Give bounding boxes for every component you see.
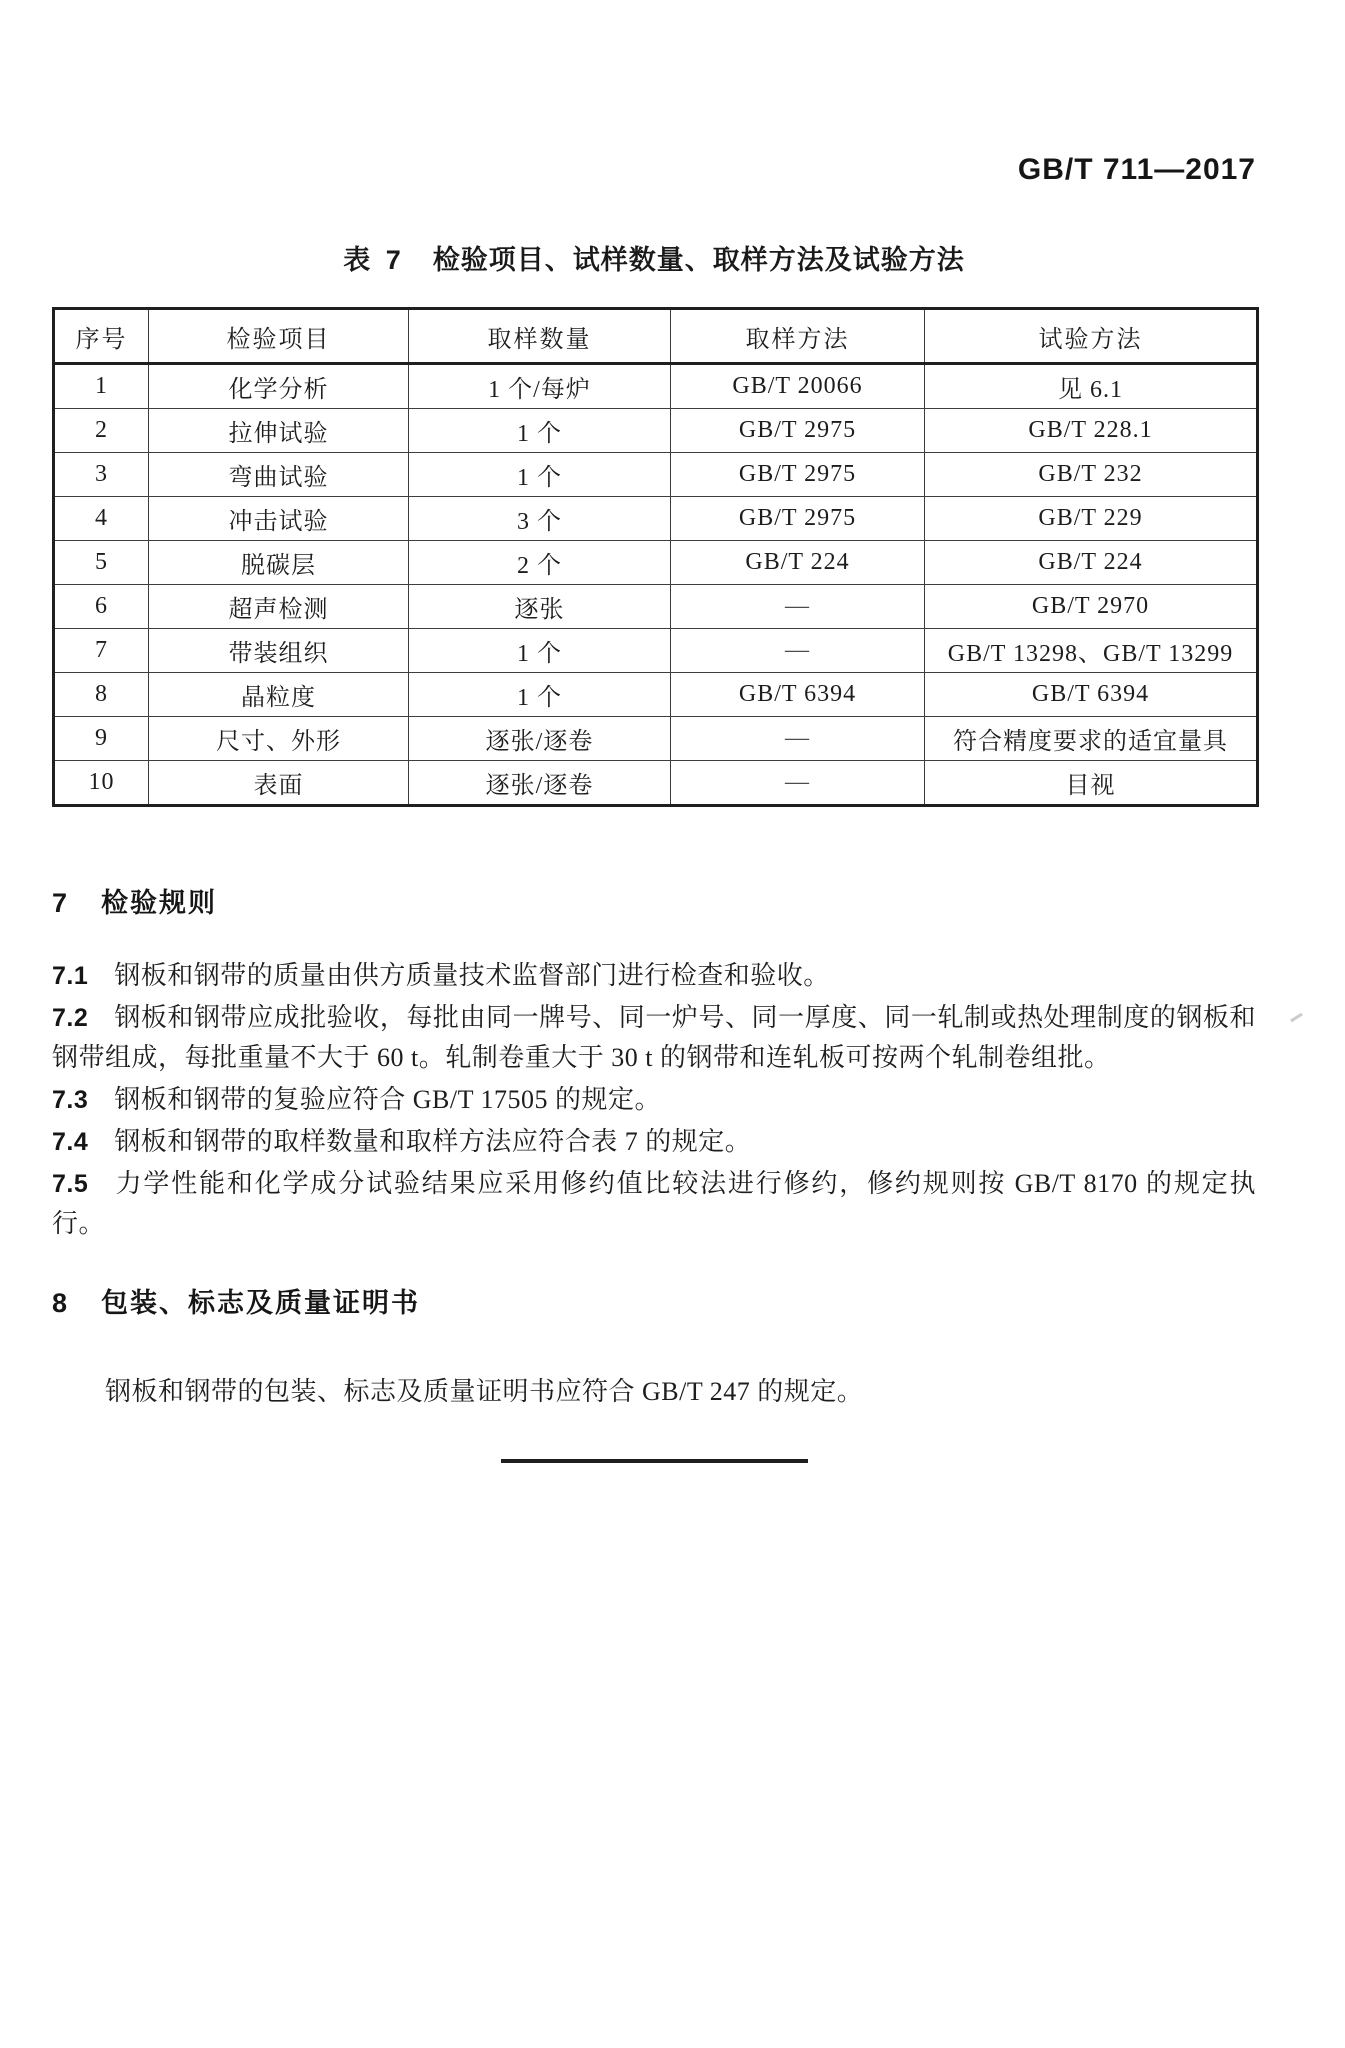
table-cell: 见 6.1 xyxy=(925,364,1258,409)
table-caption: 表 7检验项目、试样数量、取样方法及试验方法 xyxy=(52,244,1256,277)
table-cell: 脱碳层 xyxy=(149,541,409,585)
table-caption-title: 检验项目、试样数量、取样方法及试验方法 xyxy=(433,245,965,275)
clause-number: 7.4 xyxy=(52,1128,88,1156)
table-row: 1化学分析1 个/每炉GB/T 20066见 6.1 xyxy=(54,364,1258,409)
table-row: 3弯曲试验1 个GB/T 2975GB/T 232 xyxy=(54,453,1258,497)
clause-list: 7.1钢板和钢带的质量由供方质量技术监督部门进行检查和验收。7.2钢板和钢带应成… xyxy=(52,956,1256,1244)
table-cell: GB/T 224 xyxy=(671,541,925,585)
section-7-title: 检验规则 xyxy=(101,888,217,918)
table-header-cell: 试验方法 xyxy=(925,309,1258,364)
table-cell: 尺寸、外形 xyxy=(149,717,409,761)
section-7-heading: 7检验规则 xyxy=(52,887,1256,920)
table-cell: 表面 xyxy=(149,761,409,806)
clause: 7.2钢板和钢带应成批验收，每批由同一牌号、同一炉号、同一厚度、同一轧制或热处理… xyxy=(52,998,1256,1078)
clause: 7.1钢板和钢带的质量由供方质量技术监督部门进行检查和验收。 xyxy=(52,956,1256,996)
clause: 7.3钢板和钢带的复验应符合 GB/T 17505 的规定。 xyxy=(52,1080,1256,1120)
table-cell: GB/T 6394 xyxy=(925,673,1258,717)
table-cell: 3 个 xyxy=(409,497,671,541)
clause: 7.4钢板和钢带的取样数量和取样方法应符合表 7 的规定。 xyxy=(52,1122,1256,1162)
table-cell: GB/T 20066 xyxy=(671,364,925,409)
document-page: GB/T 711—2017 表 7检验项目、试样数量、取样方法及试验方法 序号检… xyxy=(0,0,1345,2048)
table-row: 4冲击试验3 个GB/T 2975GB/T 229 xyxy=(54,497,1258,541)
table-body: 1化学分析1 个/每炉GB/T 20066见 6.12拉伸试验1 个GB/T 2… xyxy=(54,364,1258,806)
end-of-document-rule xyxy=(501,1459,808,1463)
section-8-title: 包装、标志及质量证明书 xyxy=(101,1288,420,1318)
table-cell: 2 xyxy=(54,409,149,453)
inspection-methods-table: 序号检验项目取样数量取样方法试验方法 1化学分析1 个/每炉GB/T 20066… xyxy=(52,307,1259,807)
clause-number: 7.2 xyxy=(52,1004,88,1032)
table-cell: GB/T 232 xyxy=(925,453,1258,497)
scan-artifact xyxy=(1290,1013,1303,1022)
table-cell: 逐张/逐卷 xyxy=(409,717,671,761)
clause-text: 钢板和钢带的取样数量和取样方法应符合表 7 的规定。 xyxy=(114,1127,751,1156)
table-row: 9尺寸、外形逐张/逐卷—符合精度要求的适宜量具 xyxy=(54,717,1258,761)
section-8-paragraph: 钢板和钢带的包装、标志及质量证明书应符合 GB/T 247 的规定。 xyxy=(52,1372,1256,1412)
table-cell: GB/T 2975 xyxy=(671,453,925,497)
table-row: 7带装组织1 个—GB/T 13298、GB/T 13299 xyxy=(54,629,1258,673)
clause-text: 钢板和钢带的复验应符合 GB/T 17505 的规定。 xyxy=(114,1085,661,1114)
table-cell: 5 xyxy=(54,541,149,585)
table-cell: GB/T 224 xyxy=(925,541,1258,585)
table-cell: 6 xyxy=(54,585,149,629)
table-cell: 4 xyxy=(54,497,149,541)
table-cell: 化学分析 xyxy=(149,364,409,409)
table-cell: — xyxy=(671,629,925,673)
table-cell: — xyxy=(671,585,925,629)
clause-text: 力学性能和化学成分试验结果应采用修约值比较法进行修约，修约规则按 GB/T 81… xyxy=(52,1169,1256,1238)
clause-number: 7.3 xyxy=(52,1086,88,1114)
table-row: 10表面逐张/逐卷—目视 xyxy=(54,761,1258,806)
table-cell: 3 xyxy=(54,453,149,497)
clause-number: 7.1 xyxy=(52,962,88,990)
table-row: 6超声检测逐张—GB/T 2970 xyxy=(54,585,1258,629)
table-cell: 7 xyxy=(54,629,149,673)
table-cell: GB/T 2975 xyxy=(671,409,925,453)
table-cell: 1 xyxy=(54,364,149,409)
table-cell: 晶粒度 xyxy=(149,673,409,717)
table-cell: 拉伸试验 xyxy=(149,409,409,453)
standard-reference: GB/T 711—2017 xyxy=(52,152,1256,188)
table-cell: 1 个 xyxy=(409,409,671,453)
table-row: 2拉伸试验1 个GB/T 2975GB/T 228.1 xyxy=(54,409,1258,453)
section-8-heading: 8包装、标志及质量证明书 xyxy=(52,1287,1256,1320)
table-header-row: 序号检验项目取样数量取样方法试验方法 xyxy=(54,309,1258,364)
table-cell: — xyxy=(671,761,925,806)
clause: 7.5力学性能和化学成分试验结果应采用修约值比较法进行修约，修约规则按 GB/T… xyxy=(52,1164,1256,1244)
table-cell: 超声检测 xyxy=(149,585,409,629)
table-header-cell: 取样方法 xyxy=(671,309,925,364)
table-cell: 1 个 xyxy=(409,629,671,673)
table-row: 8晶粒度1 个GB/T 6394GB/T 6394 xyxy=(54,673,1258,717)
table-header-cell: 序号 xyxy=(54,309,149,364)
table-cell: 目视 xyxy=(925,761,1258,806)
table-cell: GB/T 2975 xyxy=(671,497,925,541)
table-cell: GB/T 2970 xyxy=(925,585,1258,629)
table-cell: 逐张/逐卷 xyxy=(409,761,671,806)
clause-text: 钢板和钢带的质量由供方质量技术监督部门进行检查和验收。 xyxy=(114,961,830,990)
table-cell: 弯曲试验 xyxy=(149,453,409,497)
table-header-cell: 取样数量 xyxy=(409,309,671,364)
table-cell: 1 个 xyxy=(409,673,671,717)
table-row: 5脱碳层2 个GB/T 224GB/T 224 xyxy=(54,541,1258,585)
table-cell: — xyxy=(671,717,925,761)
table-cell: 带装组织 xyxy=(149,629,409,673)
table-header-cell: 检验项目 xyxy=(149,309,409,364)
table-cell: 冲击试验 xyxy=(149,497,409,541)
section-8-number: 8 xyxy=(52,1287,67,1320)
section-7-number: 7 xyxy=(52,887,67,920)
table-cell: GB/T 6394 xyxy=(671,673,925,717)
table-cell: GB/T 228.1 xyxy=(925,409,1258,453)
table-cell: 1 个/每炉 xyxy=(409,364,671,409)
table-cell: GB/T 13298、GB/T 13299 xyxy=(925,629,1258,673)
table-cell: GB/T 229 xyxy=(925,497,1258,541)
clause-number: 7.5 xyxy=(52,1170,88,1198)
table-caption-label: 表 7 xyxy=(343,245,405,275)
table-cell: 逐张 xyxy=(409,585,671,629)
table-cell: 10 xyxy=(54,761,149,806)
table-cell: 8 xyxy=(54,673,149,717)
table-cell: 9 xyxy=(54,717,149,761)
table-cell: 符合精度要求的适宜量具 xyxy=(925,717,1258,761)
clause-text: 钢板和钢带应成批验收，每批由同一牌号、同一炉号、同一厚度、同一轧制或热处理制度的… xyxy=(52,1003,1256,1072)
table-cell: 2 个 xyxy=(409,541,671,585)
table-cell: 1 个 xyxy=(409,453,671,497)
